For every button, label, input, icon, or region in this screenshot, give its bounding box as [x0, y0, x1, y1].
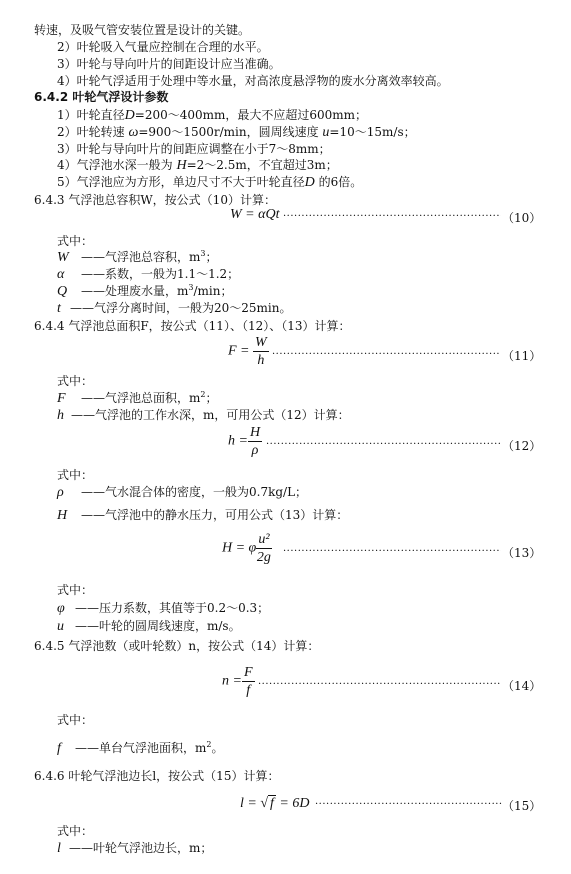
definition-text: ——单台气浮池面积，m: [75, 741, 206, 755]
where-label: 式中：: [57, 467, 93, 483]
param-var: ω: [128, 125, 138, 140]
formula-11: F = Wh: [228, 334, 269, 369]
definition-text: ——叶轮的圆周线速度，m/s。: [75, 619, 241, 633]
definition-phi: φ——压力系数，其值等于0.2～0.3；: [57, 600, 269, 617]
where-label: 式中：: [57, 233, 93, 249]
definition-H: H——气浮池中的静水压力，可用公式（13）计算：: [57, 507, 348, 524]
numerator: F: [242, 664, 255, 682]
definition-symbol: H: [57, 508, 81, 524]
formula-10: W = αQt: [230, 207, 279, 223]
intro-item-3: 3）叶轮与导向叶片的间距设计应当准确。: [57, 56, 281, 72]
numerator: H: [248, 424, 262, 442]
definition-alpha: α——系数，一般为1.1～1.2；: [57, 266, 239, 283]
intro-item-2: 2）叶轮吸入气量应控制在合理的水平。: [57, 39, 269, 55]
param-text: =2～2.5m，不宜超过3m；: [187, 158, 338, 172]
param-item-1: 1）叶轮直径D=200～400mm，最大不应超过600mm；: [57, 107, 367, 124]
param-text: 的6倍。: [319, 175, 363, 189]
definition-symbol: W: [57, 250, 81, 266]
formula-15: l = √f = 6D: [240, 795, 309, 812]
sqrt-sign: √: [260, 796, 268, 811]
formula-14: n =Ff: [222, 664, 255, 699]
equation-number-14: （14）: [502, 677, 541, 694]
definition-rho: ρ——气水混合体的密度，一般为0.7kg/L；: [57, 484, 307, 501]
formula-lhs: l =: [240, 796, 257, 811]
definition-symbol: t: [57, 301, 70, 317]
definition-text: ——气浮池的工作水深，m，可用公式（12）计算：: [71, 408, 350, 422]
denominator: 2g: [256, 549, 271, 566]
dot-leader: ········································…: [258, 679, 501, 690]
denominator: f: [242, 682, 255, 699]
param-text: 4）气浮池水深一般为: [57, 158, 173, 172]
equation-number-11: （11）: [502, 347, 541, 364]
definition-Q: Q——处理废水量，m3/min；: [57, 283, 232, 300]
definition-h: h——气浮池的工作水深，m，可用公式（12）计算：: [57, 407, 350, 424]
definition-symbol: h: [57, 408, 71, 424]
formula-12: h =Hρ: [228, 424, 262, 459]
definition-text: ——气浮池中的静水压力，可用公式（13）计算：: [81, 508, 348, 522]
intro-item-4: 4）叶轮气浮适用于处理中等水量，对高浓度悬浮物的废水分离效率较高。: [57, 73, 449, 89]
equation-number-15: （15）: [502, 797, 541, 814]
dot-leader: ········································…: [283, 546, 501, 557]
definition-f: f——单台气浮池面积，m2。: [57, 740, 224, 757]
dot-leader: ········································…: [266, 439, 501, 450]
dot-leader: ········································…: [315, 799, 503, 810]
radicand: f: [268, 795, 276, 812]
definition-text: 。: [211, 741, 223, 755]
definition-text: ——气浮池总容积，m: [81, 250, 200, 264]
numerator: W: [253, 334, 269, 352]
definition-text: ——气浮分离时间，一般为20～25min。: [70, 301, 292, 315]
param-text: =200～400mm，最大不应超过600mm；: [135, 108, 367, 122]
definition-symbol: F: [57, 391, 81, 407]
definition-text: ——处理废水量，m: [81, 284, 188, 298]
param-var: D: [125, 108, 135, 123]
definition-symbol: φ: [57, 601, 75, 617]
where-label: 式中：: [57, 823, 93, 839]
fraction: Wh: [253, 334, 269, 369]
denominator: h: [253, 352, 269, 369]
section-heading-6-4-4: 6.4.4 气浮池总面积F，按公式（11）、（12）、（13）计算：: [34, 318, 350, 334]
formula-lhs: H = φ: [222, 541, 256, 556]
where-label: 式中：: [57, 582, 93, 598]
definition-symbol: f: [57, 741, 75, 757]
denominator: ρ: [248, 442, 262, 459]
definition-text: ——叶轮气浮池边长，m；: [69, 841, 212, 855]
param-item-5: 5）气浮池应为方形，单边尺寸不大于叶轮直径D 的6倍。: [57, 174, 362, 191]
definition-l: l——叶轮气浮池边长，m；: [57, 840, 212, 857]
param-text: 2）叶轮转速: [57, 125, 125, 139]
fraction: u²2g: [256, 531, 271, 566]
fraction: Hρ: [248, 424, 262, 459]
param-text: 1）叶轮直径: [57, 108, 125, 122]
definition-text: /min；: [193, 284, 232, 298]
definition-text: ；: [205, 250, 217, 264]
formula-13: H = φu²2g: [222, 531, 272, 566]
definition-text: ——气浮池总面积，m: [81, 391, 200, 405]
dot-leader: ········································…: [283, 211, 501, 222]
definition-W: W——气浮池总容积，m3；: [57, 249, 218, 266]
equation-number-13: （13）: [502, 544, 541, 561]
definition-text: ——系数，一般为1.1～1.2；: [81, 267, 239, 281]
param-item-2: 2）叶轮转速 ω=900～1500r/min，圆周线速度 u=10～15m/s；: [57, 124, 416, 141]
intro-continuation: 转速，及吸气管安装位置是设计的关键。: [34, 22, 250, 38]
equation-number-12: （12）: [502, 437, 541, 454]
param-text: 5）气浮池应为方形，单边尺寸不大于叶轮直径: [57, 175, 305, 189]
definition-symbol: ρ: [57, 485, 81, 501]
where-label: 式中：: [57, 712, 93, 728]
param-var: H: [176, 158, 186, 173]
definition-symbol: l: [57, 841, 69, 857]
definition-text: ；: [205, 391, 217, 405]
section-heading-6-4-2: 6.4.2 叶轮气浮设计参数: [34, 89, 168, 105]
definition-text: ——气水混合体的密度，一般为0.7kg/L；: [81, 485, 307, 499]
formula-lhs: n =: [222, 674, 242, 689]
param-text: =10～15m/s；: [329, 125, 415, 139]
formula-rhs: = 6D: [279, 796, 309, 811]
definition-t: t——气浮分离时间，一般为20～25min。: [57, 300, 292, 317]
definition-text: ——压力系数，其值等于0.2～0.3；: [75, 601, 269, 615]
formula-lhs: h =: [228, 434, 248, 449]
section-heading-6-4-6: 6.4.6 叶轮气浮池边长l，按公式（15）计算：: [34, 768, 279, 784]
param-item-4: 4）气浮池水深一般为 H=2～2.5m，不宜超过3m；: [57, 157, 338, 174]
definition-symbol: Q: [57, 284, 81, 300]
definition-F: F——气浮池总面积，m2；: [57, 390, 218, 407]
section-heading-6-4-3: 6.4.3 气浮池总容积W，按公式（10）计算：: [34, 192, 276, 208]
section-heading-6-4-5: 6.4.5 气浮池数（或叶轮数）n，按公式（14）计算：: [34, 638, 319, 654]
formula-lhs: F =: [228, 344, 250, 359]
where-label: 式中：: [57, 373, 93, 389]
fraction: Ff: [242, 664, 255, 699]
definition-symbol: α: [57, 267, 81, 283]
dot-leader: ········································…: [272, 349, 501, 360]
equation-number-10: （10）: [502, 209, 541, 226]
definition-u: u——叶轮的圆周线速度，m/s。: [57, 618, 241, 635]
param-text: =900～1500r/min，圆周线速度: [138, 125, 318, 139]
param-var: D: [305, 175, 315, 190]
param-item-3: 3）叶轮与导向叶片的间距应调整在小于7～8mm；: [57, 141, 331, 157]
numerator: u²: [256, 531, 271, 549]
definition-symbol: u: [57, 619, 75, 635]
